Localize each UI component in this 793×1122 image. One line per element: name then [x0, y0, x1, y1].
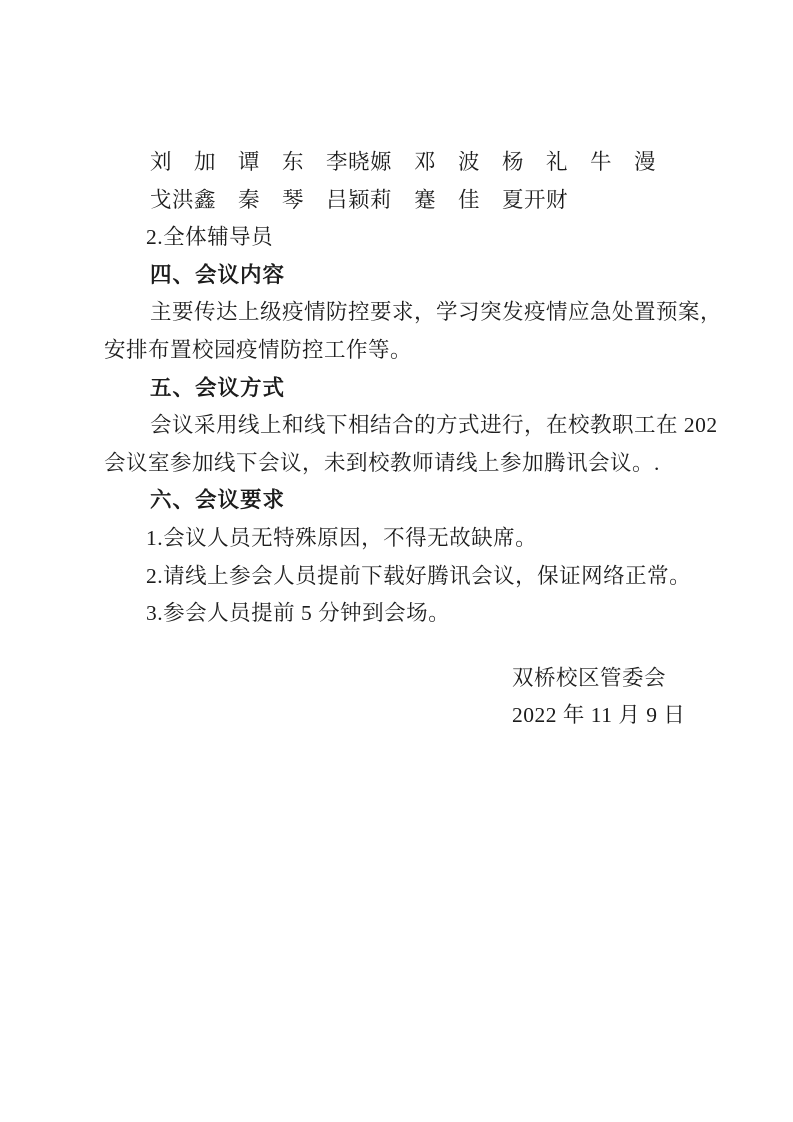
section-6-item-3: 3.参会人员提前 5 分钟到会场。	[104, 595, 704, 633]
section-4-heading: 四、会议内容	[104, 257, 704, 295]
section-6-item-2: 2.请线上参会人员提前下载好腾讯会议，保证网络正常。	[104, 558, 704, 596]
signature-block: 双桥校区管委会 2022 年 11 月 9 日	[104, 660, 704, 735]
signature-org: 双桥校区管委会	[512, 660, 704, 698]
document-page: 刘 加 谭 东 李晓嫄 邓 波 杨 礼 牛 漫 戈洪鑫 秦 琴 吕颖莉 蹇 佳 …	[0, 0, 793, 1122]
attendee-names-line-2: 戈洪鑫 秦 琴 吕颖莉 蹇 佳 夏开财	[104, 182, 704, 220]
section-5-heading: 五、会议方式	[104, 370, 704, 408]
attendee-group-item-2: 2.全体辅导员	[104, 219, 704, 257]
section-4-body-line-2: 安排布置校园疫情防控工作等。	[104, 332, 704, 370]
section-4-body-line-1: 主要传达上级疫情防控要求，学习突发疫情应急处置预案，	[104, 294, 704, 332]
section-6-item-1: 1.会议人员无特殊原因，不得无故缺席。	[104, 520, 704, 558]
attendee-names-line-1: 刘 加 谭 东 李晓嫄 邓 波 杨 礼 牛 漫	[104, 144, 704, 182]
signature-date: 2022 年 11 月 9 日	[512, 697, 704, 735]
section-6-heading: 六、会议要求	[104, 482, 704, 520]
document-body: 刘 加 谭 东 李晓嫄 邓 波 杨 礼 牛 漫 戈洪鑫 秦 琴 吕颖莉 蹇 佳 …	[104, 144, 704, 735]
section-5-body-line-1: 会议采用线上和线下相结合的方式进行，在校教职工在 202	[104, 407, 704, 445]
section-5-body-line-2: 会议室参加线下会议，未到校教师请线上参加腾讯会议。.	[104, 445, 704, 483]
